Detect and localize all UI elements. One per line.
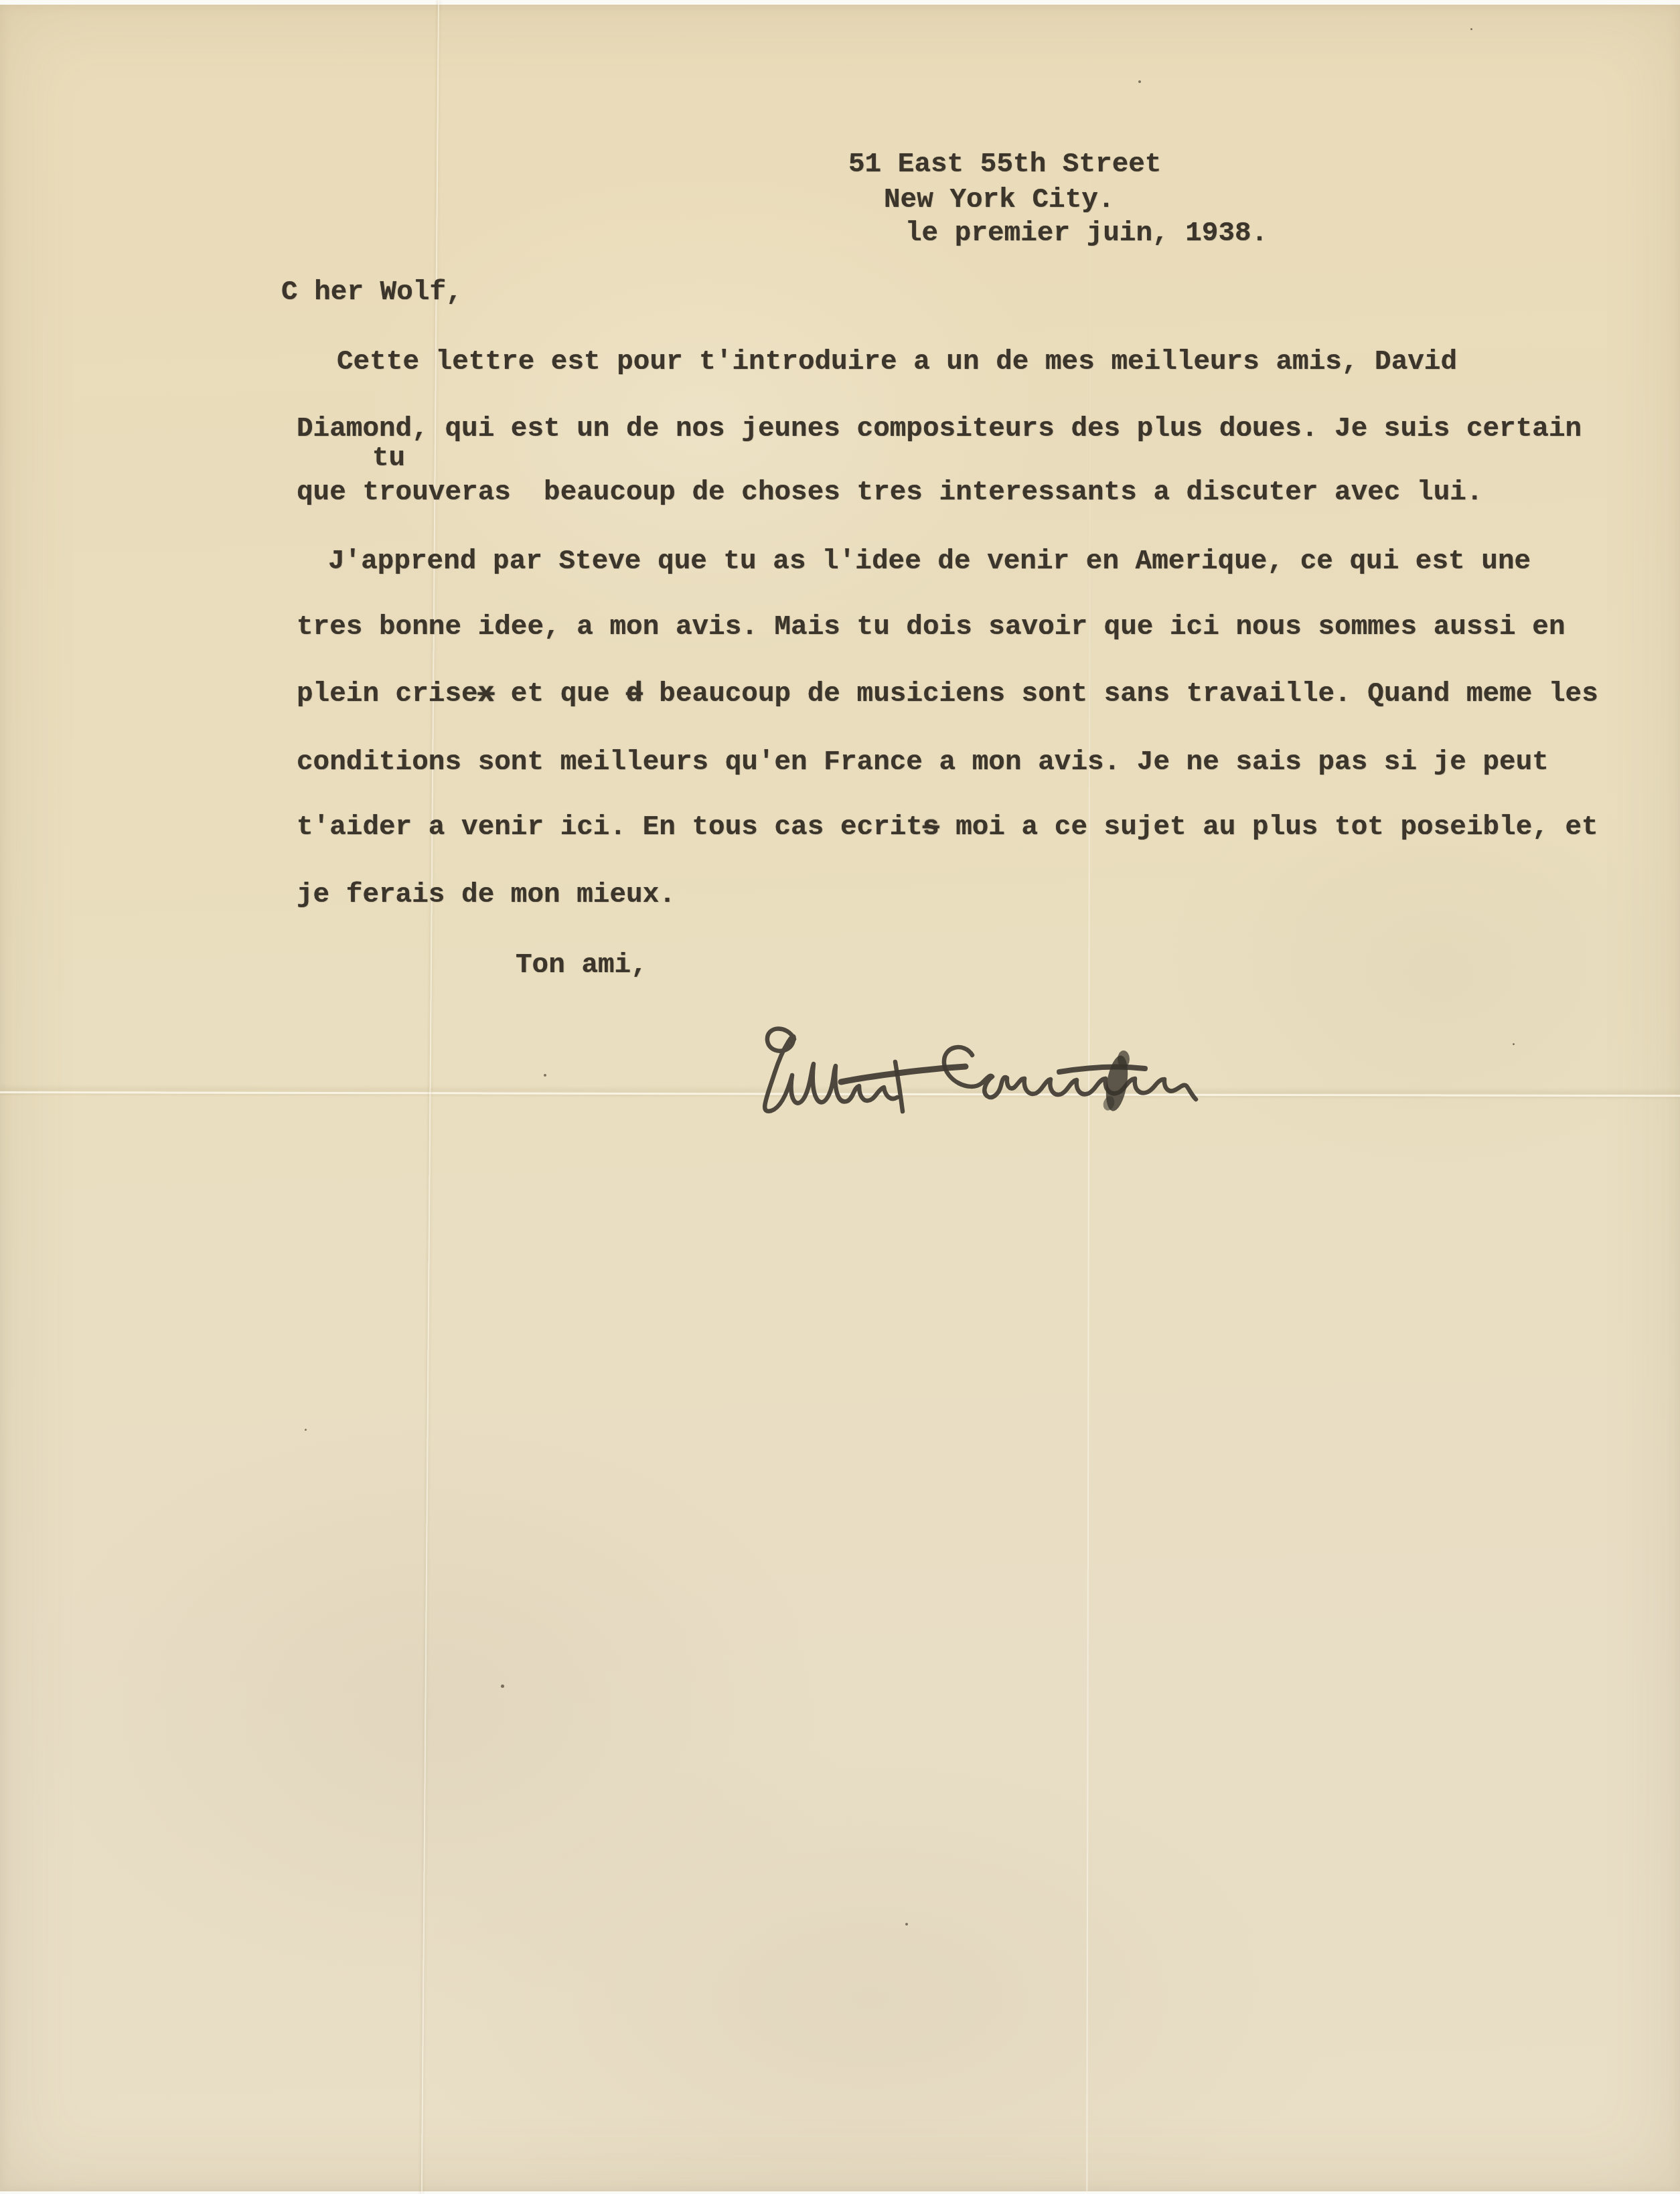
paper-speck: [1138, 80, 1141, 83]
scan-edge-bottom: [0, 2191, 1680, 2194]
paragraph2-line2: tres bonne idee, a mon avis. Mais tu doi…: [297, 614, 1566, 641]
scanned-letter-page: 51 East 55th Street New York City. le pr…: [0, 0, 1680, 2194]
paragraph1-line2: Diamond, qui est un de nos jeunes compos…: [297, 416, 1582, 443]
paragraph2-line3-post: beaucoup de musiciens sont sans travaill…: [643, 679, 1598, 710]
paper-speck: [905, 1923, 908, 1926]
paragraph2-line3: plein crisex et que d beaucoup de musici…: [297, 681, 1598, 708]
paper-speck: [1513, 1043, 1515, 1045]
paragraph2-line3-pre: plein crise: [297, 679, 478, 710]
handwritten-signature: [723, 984, 1232, 1172]
paragraph1-line3: que trouveras beaucoup de choses tres in…: [297, 479, 1483, 507]
paper-speck: [305, 1429, 307, 1431]
scan-edge-top: [0, 0, 1680, 5]
overstruck-character: s: [923, 812, 939, 843]
paragraph2-line5: t'aider a venir ici. En tous cas ecrits …: [297, 814, 1598, 842]
overstruck-character: x: [478, 679, 495, 710]
sender-address-line2: New York City.: [884, 187, 1114, 214]
paper-speck: [1470, 28, 1472, 30]
signature-strokes: [765, 1028, 1196, 1111]
interline-insertion-tu: tu: [372, 445, 405, 473]
paragraph2-line5-post: moi a ce sujet au plus tot poseible, et: [939, 812, 1598, 843]
paper-speck: [501, 1684, 504, 1688]
paragraph2-line3-mid: et que: [494, 679, 626, 710]
date-line: le premier juin, 1938.: [905, 220, 1268, 248]
paragraph2-line4: conditions sont meilleurs qu'en France a…: [297, 749, 1549, 777]
overstruck-character: d: [626, 679, 643, 710]
paragraph2-line6: je ferais de mon mieux.: [297, 882, 676, 909]
paragraph2-line5-pre: t'aider a venir ici. En tous cas ecrit: [297, 812, 923, 843]
sender-address-line1: 51 East 55th Street: [848, 151, 1161, 179]
salutation: C her Wolf,: [281, 279, 463, 307]
closing-phrase: Ton ami,: [516, 952, 647, 980]
paragraph1-line1: Cette lettre est pour t'introduire a un …: [337, 349, 1457, 376]
paper-speck: [544, 1074, 546, 1077]
paragraph2-line1: J'apprend par Steve que tu as l'idee de …: [328, 548, 1531, 576]
